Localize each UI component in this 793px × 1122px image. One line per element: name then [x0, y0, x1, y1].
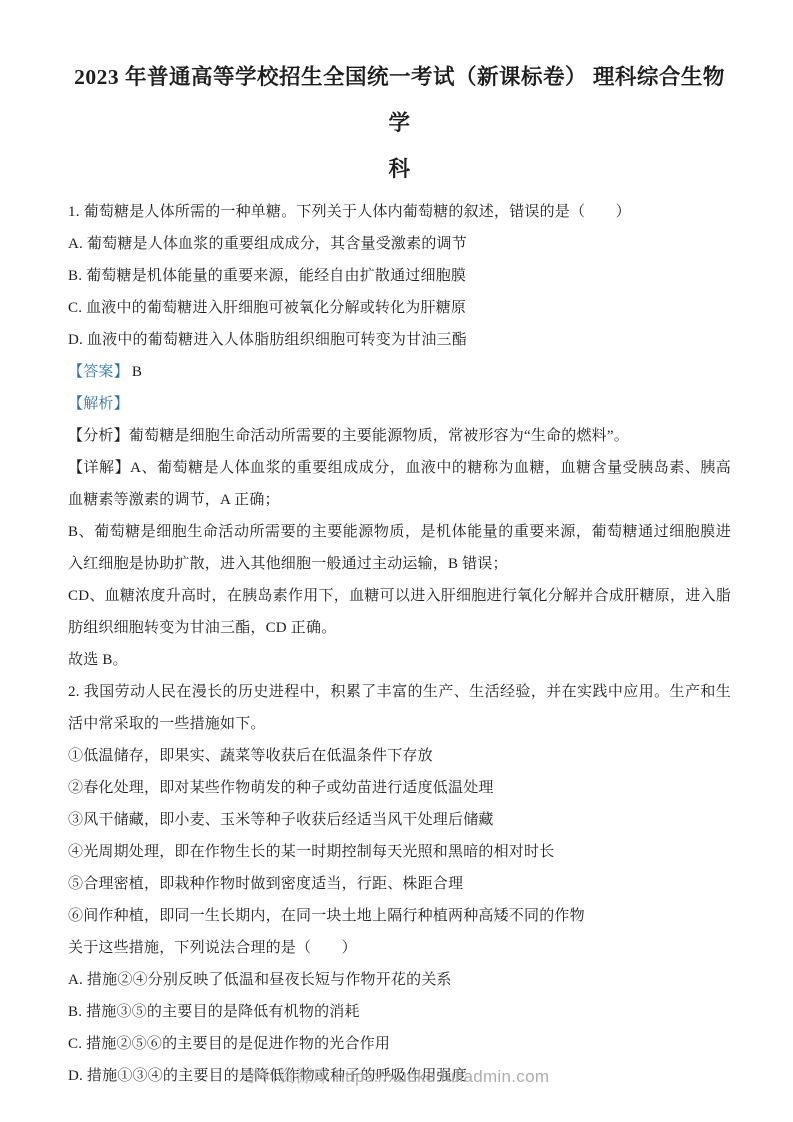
- q1-analysis-text: 【分析】葡萄糖是细胞生命活动所需要的主要能源物质，常被形容为“生命的燃料”。: [68, 420, 731, 452]
- q1-analysis-heading: 【解析】: [68, 388, 731, 420]
- q2-measure-4: ④光周期处理，即在作物生长的某一时期控制每天光照和黑暗的相对时长: [68, 836, 731, 868]
- page-title: 2023 年普通高等学校招生全国统一考试（新课标卷） 理科综合生物学科: [68, 54, 731, 192]
- q2-question-line: 关于这些措施，下列说法合理的是（ ）: [68, 932, 731, 964]
- q2-measure-6: ⑥间作种植，即同一生长期内，在同一块土地上隔行种植两种高矮不同的作物: [68, 900, 731, 932]
- q2-measure-2: ②春化处理，即对某些作物萌发的种子或幼苗进行适度低温处理: [68, 772, 731, 804]
- q1-detail-paragraph-b: B、葡萄糖是细胞生命活动所需要的主要能源物质，是机体能量的重要来源，葡萄糖通过细…: [68, 516, 731, 580]
- q2-measure-3: ③风干储藏，即小麦、玉米等种子收获后经适当风干处理后储藏: [68, 804, 731, 836]
- q2-option-c: C. 措施②⑤⑥的主要目的是促进作物的光合作用: [68, 1028, 731, 1060]
- page-title-line1: 2023 年普通高等学校招生全国统一考试（新课标卷） 理科综合生物学: [74, 65, 725, 135]
- q2-option-a: A. 措施②④分别反映了低温和昼夜长短与作物开花的关系: [68, 964, 731, 996]
- q1-detail-paragraph-cd: CD、血糖浓度升高时，在胰岛素作用下，血糖可以进入肝细胞进行氧化分解并合成肝糖原…: [68, 580, 731, 644]
- exam-document-page: 2023 年普通高等学校招生全国统一考试（新课标卷） 理科综合生物学科 1. 葡…: [0, 0, 793, 1092]
- q1-option-a: A. 葡萄糖是人体血浆的重要组成成分，其含量受激素的调节: [68, 228, 731, 260]
- q2-measure-1: ①低温储存，即果实、蔬菜等收获后在低温条件下存放: [68, 740, 731, 772]
- q2-option-b: B. 措施③⑤的主要目的是降低有机物的消耗: [68, 996, 731, 1028]
- q1-option-c: C. 血液中的葡萄糖进入肝细胞可被氧化分解或转化为肝糖原: [68, 292, 731, 324]
- q2-measure-5: ⑤合理密植，即栽种作物时做到密度适当，行距、株距合理: [68, 868, 731, 900]
- page-title-line2: 科: [388, 157, 410, 181]
- q1-option-d: D. 血液中的葡萄糖进入人体脂肪组织细胞可转变为甘油三酯: [68, 324, 731, 356]
- q1-conclusion: 故选 B。: [68, 644, 731, 676]
- q2-stem: 2. 我国劳动人民在漫长的历史进程中，积累了丰富的生产、生活经验，并在实践中应用…: [68, 676, 731, 740]
- answer-value: B: [132, 364, 142, 380]
- answer-label: 【答案】: [68, 364, 129, 380]
- watermark-footer: 学科资源库 https://xueke.fuliadmin.com: [0, 1062, 793, 1087]
- q1-answer-line: 【答案】B: [68, 356, 731, 388]
- q1-detail-paragraph-a: 【详解】A、葡萄糖是人体血浆的重要组成成分，血液中的糖称为血糖，血糖含量受胰岛素…: [68, 452, 731, 516]
- q1-stem: 1. 葡萄糖是人体所需的一种单糖。下列关于人体内葡萄糖的叙述，错误的是（ ）: [68, 196, 731, 228]
- q1-option-b: B. 葡萄糖是机体能量的重要来源，能经自由扩散通过细胞膜: [68, 260, 731, 292]
